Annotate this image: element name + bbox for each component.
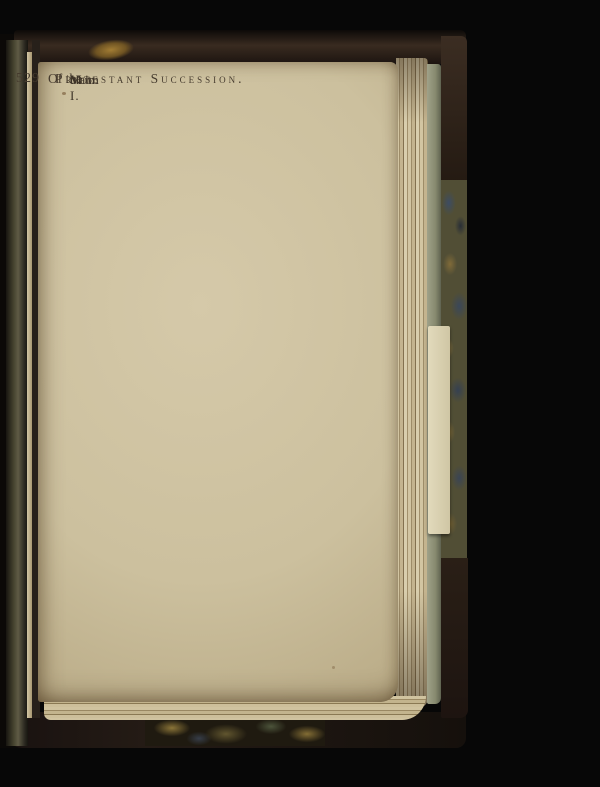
- paper-speck: [62, 92, 66, 95]
- bookmark-tab: [428, 326, 450, 534]
- book-page: Of theProtestant Succession. 529 right o…: [38, 62, 398, 702]
- page-footer: Vol. I. M m claim: [48, 72, 100, 90]
- fore-edge-page-stack: [396, 58, 428, 708]
- bottom-marble-patch: [145, 716, 325, 746]
- paper-speck: [332, 666, 335, 669]
- catchword: claim: [70, 72, 99, 88]
- left-spine-strip: [6, 40, 28, 746]
- book-photo: Of theProtestant Succession. 529 right o…: [0, 0, 600, 787]
- page-content: Of theProtestant Succession. 529 right o…: [38, 62, 398, 702]
- page-number: 529: [16, 71, 40, 87]
- right-cover-leather-top: [441, 36, 467, 184]
- right-cover-leather-bottom: [441, 558, 468, 718]
